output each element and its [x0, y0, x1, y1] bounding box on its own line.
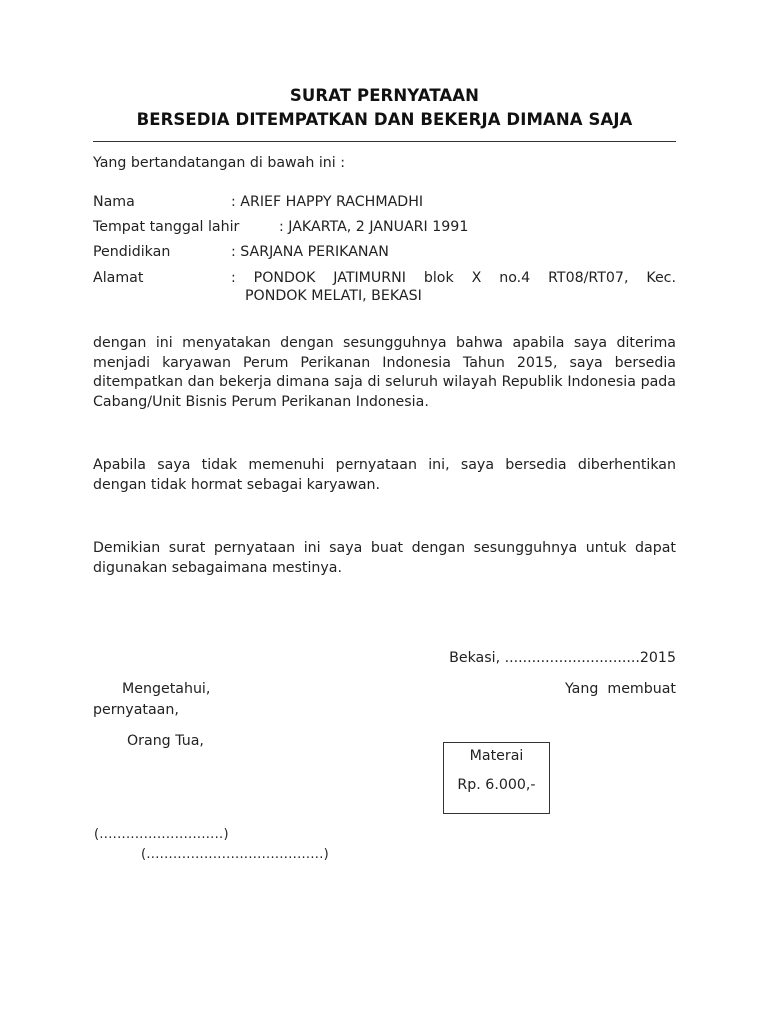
consequence-paragraph: Apabila saya tidak memenuhi pernyataan i… [93, 456, 676, 495]
parent-signature-line: (............................) [94, 827, 229, 842]
title-divider [93, 141, 676, 142]
maker-signature-line: (.......................................… [141, 847, 329, 862]
signature-header: Mengetahui, Yang membuat [93, 681, 676, 697]
field-value-ttl: : JAKARTA, 2 JANUARI 1991 [279, 219, 468, 235]
address-word: JATIMURNI [333, 270, 406, 286]
parent-label: Orang Tua, [127, 732, 204, 751]
stamp-value: Rp. 6.000,- [444, 777, 549, 793]
field-value-alamat-line2: PONDOK MELATI, BEKASI [245, 288, 422, 304]
document-subtitle: BERSEDIA DITEMPATKAN DAN BEKERJA DIMANA … [93, 110, 676, 129]
address-word: Kec. [646, 270, 676, 286]
place-date: Bekasi, ..............................20… [449, 649, 676, 668]
field-label-nama: Nama [93, 194, 135, 210]
address-word: X [472, 270, 482, 286]
address-word: : [231, 270, 236, 286]
field-value-pendidikan: : SARJANA PERIKANAN [231, 244, 389, 260]
stamp-label: Materai [444, 748, 549, 764]
stamp-box: Materai Rp. 6.000,- [443, 742, 550, 814]
address-word: PONDOK [254, 270, 316, 286]
maker-label-line2: pernyataan, [93, 701, 179, 720]
field-label-alamat: Alamat [93, 270, 143, 286]
field-value-nama: : ARIEF HAPPY RACHMADHI [231, 194, 423, 210]
address-word: no.4 [499, 270, 530, 286]
field-value-alamat-line1: : PONDOK JATIMURNI blok X no.4 RT08/RT07… [231, 270, 676, 286]
closing-paragraph: Demikian surat pernyataan ini saya buat … [93, 539, 676, 578]
statement-paragraph: dengan ini menyatakan dengan sesungguhny… [93, 334, 676, 412]
field-label-ttl: Tempat tanggal lahir [93, 219, 239, 235]
acknowledged-label: Mengetahui, [93, 681, 210, 697]
field-label-pendidikan: Pendidikan [93, 244, 170, 260]
intro-text: Yang bertandatangan di bawah ini : [93, 154, 345, 173]
address-word: blok [424, 270, 454, 286]
document-title: SURAT PERNYATAAN [93, 86, 676, 105]
address-word: RT08/RT07, [548, 270, 628, 286]
maker-label-line1: Yang membuat [565, 681, 676, 697]
